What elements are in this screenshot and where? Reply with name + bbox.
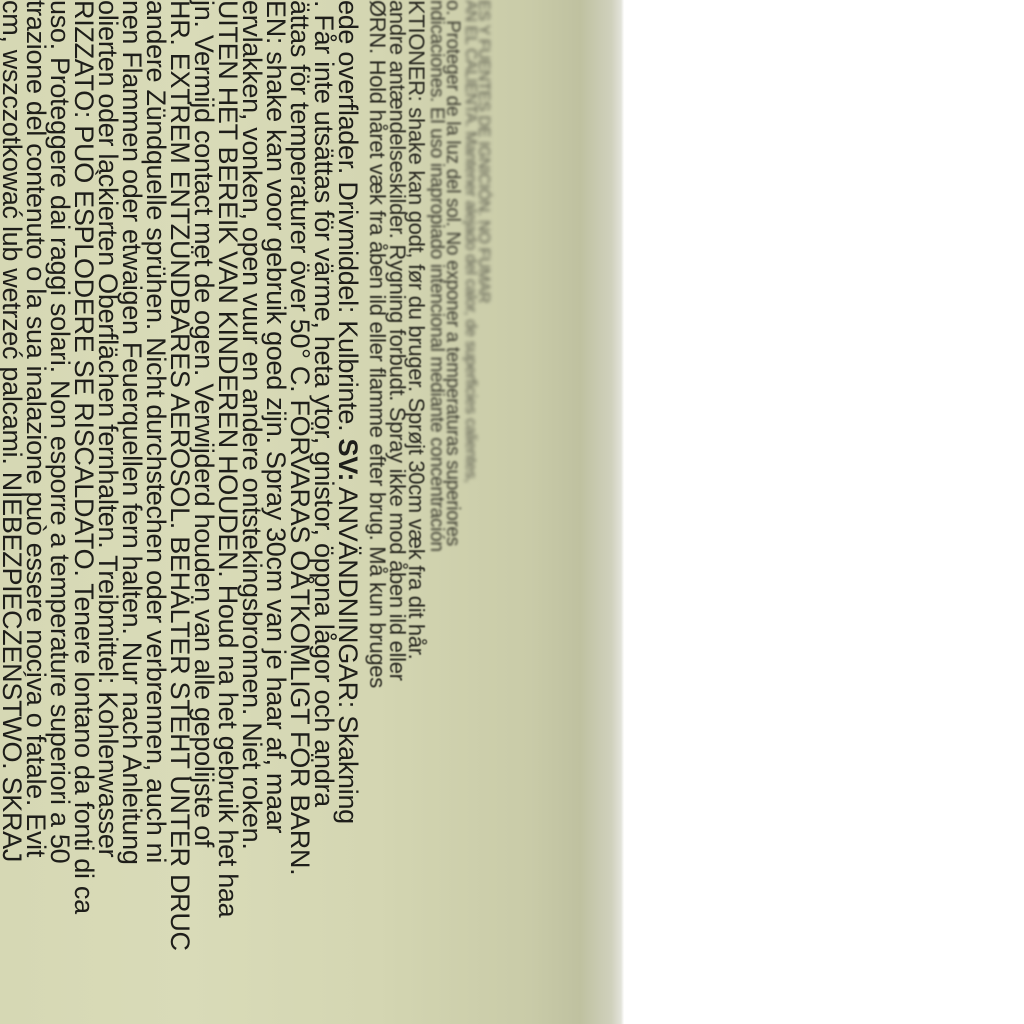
label-text-line: KTIONER: shake kan godt, før du bruger. … [407,0,425,659]
label-text-segment: ANVÄNDNINGAR: Skakning [333,481,363,824]
aerosol-can-label: cm, wszczotkować lub wetrzeć palcami. NI… [0,0,624,1024]
label-text-segment: ede overflader. Drivmiddel: Kulbrinte. [333,0,363,431]
label-text-line-sv: ede overflader. Drivmiddel: Kulbrinte. S… [336,0,360,824]
language-marker-sv: SV: [333,439,363,482]
label-text-line: ES Y FUENTES DE IGNICIÓN. NO FUMAR [477,0,489,303]
label-text-line: o. Proteger de la luz del sol. No expone… [445,0,460,546]
label-text-line: ØRN. Hold håret væk fra åben ild eller f… [368,0,386,688]
